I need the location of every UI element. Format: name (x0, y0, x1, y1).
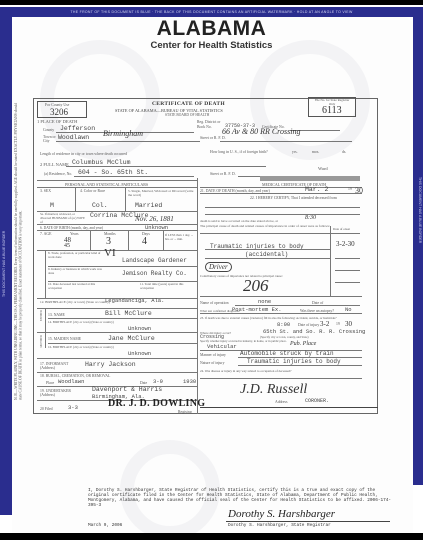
father-section-label: FATHER (39, 310, 43, 321)
row-rule (200, 193, 362, 194)
residence-street-label: Street or R. F. D. (210, 172, 236, 176)
informant-value: Harry Jackson (85, 361, 136, 368)
ds-label: ds. (342, 150, 346, 154)
date-of-death-value: Mar. 2 (305, 186, 328, 193)
occupation-mark: VI (104, 247, 116, 259)
age-label: 7. AGE (40, 232, 51, 236)
city-line (56, 141, 200, 142)
column-divider (75, 187, 76, 211)
security-band-right: THIS DOCUMENT HAS A BLUE BORDER (413, 7, 423, 485)
public-place-value: Vehicular (207, 343, 237, 350)
accident-time: 8:00 (277, 321, 290, 328)
column-divider (197, 178, 198, 414)
security-band-side-text-left: THIS DOCUMENT HAS A BLUE BORDER (2, 177, 10, 297)
occupation-label: 8. Trade, profession, or particular kind… (48, 252, 104, 260)
security-band-left: THIS DOCUMENT HAS A BLUE BORDER (0, 7, 12, 515)
age-years-alt: 45 (64, 243, 70, 249)
residence-line (74, 176, 194, 177)
blank-line (335, 270, 360, 271)
address-label: Address (275, 400, 287, 404)
father-birthplace-value: Unknown (128, 325, 151, 332)
column-divider (163, 230, 164, 250)
parent-divider (45, 308, 46, 348)
cause-secondary: (accidental) (245, 251, 288, 258)
column-divider (90, 230, 91, 250)
section-rule (37, 187, 197, 188)
full-name-line (66, 166, 266, 167)
column-divider (125, 187, 126, 211)
related-label: 24. Was disease or injury in any way rel… (200, 369, 291, 373)
county-value: Jefferson (60, 125, 95, 132)
full-name-value: Columbus McClum (72, 159, 131, 166)
county-label: County (43, 128, 54, 132)
street-label: Street or R. F. D. (200, 136, 226, 140)
filed-date: 3-3 (68, 404, 78, 411)
row-rule (200, 296, 362, 297)
street-handwritten: 66 Av & 80 RR Crossing (222, 127, 300, 136)
certification-date: March 9, 2006 (88, 523, 122, 528)
injury-date-label: Date of injury (298, 323, 319, 327)
mother-birthplace-label: 16. BIRTHPLACE (city or town) (State or … (48, 345, 114, 349)
driver-note: Driver (205, 262, 232, 272)
residence-label: (a) Residence, No. (44, 172, 72, 176)
coroner-signature: J.D. Russell (240, 382, 307, 398)
nature-value: Traumatic injuries to body (247, 358, 341, 365)
age-days: 4 (142, 236, 147, 247)
coroner-label: CORONER. (305, 398, 329, 404)
injury-date-value: 3-2 (320, 320, 329, 328)
reg-district-label: Reg. District or (197, 120, 221, 124)
security-band-top: THE FRONT OF THIS DOCUMENT IS BLUE · THE… (0, 7, 423, 17)
blank-line (200, 378, 362, 379)
blank-line (205, 258, 330, 259)
color-label: 4. Color or Race (80, 189, 105, 193)
yrs-label: yrs. (292, 150, 298, 154)
certificate-heading: CERTIFICATE OF DEATH (152, 101, 225, 107)
instructions-margin-note: N. B.—WRITE PLAINLY, WITH UNFADING INK—T… (14, 100, 32, 400)
marital-value: Married (135, 202, 162, 209)
injury-year-prefix: 19 (336, 322, 340, 326)
blank-line (205, 207, 360, 208)
registrar-signature: Dorothy S. Harshbarger (228, 508, 335, 520)
father-name-label: 13. NAME (48, 313, 65, 317)
city-handwritten: Birmingham (103, 129, 143, 138)
crossing-label: Crossing (200, 334, 224, 340)
operation-value: none (258, 298, 271, 305)
security-band-side-text-right: THIS DOCUMENT HAS A BLUE BORDER (414, 177, 422, 297)
burial-date-value: 3-9 (153, 378, 163, 385)
mother-section-label: MOTHER (39, 335, 43, 348)
blank-line (335, 258, 360, 259)
registrar-signature-line (226, 521, 390, 522)
years-label: Years (70, 232, 78, 236)
place-of-death-label: 1 PLACE OF DEATH (37, 119, 77, 124)
row-rule (37, 372, 197, 373)
city-value: Woodlawn (58, 134, 89, 141)
violence-label: 23. If death was due to external causes … (200, 316, 360, 320)
less-than-day-label: If LESS than 1 day, ... hrs. or ... min. (165, 233, 195, 241)
public-place-handwritten: Pub. Place (290, 341, 316, 347)
town-label: Town or City (43, 136, 57, 144)
blank-line (200, 313, 362, 314)
registrar-label: Registrar (178, 410, 192, 414)
test-value: Post-mortem Ex. (232, 306, 282, 313)
nature-label: Nature of injury (200, 361, 224, 365)
book-no-label: Book No. (197, 125, 212, 129)
scan-edge (0, 533, 423, 540)
total-years-label: 11. Total time (years) spent in this occ… (140, 283, 196, 291)
blank-line (48, 343, 197, 344)
death-time-value: 8:30 (305, 215, 316, 221)
certification-statement: I, Dorothy S. Harshbarger, State Registr… (88, 488, 398, 508)
industry-label: 9. Industry or business in which work wa… (48, 268, 104, 276)
security-band-text: THE FRONT OF THIS DOCUMENT IS BLUE · THE… (0, 7, 423, 17)
contributory-handwritten: 206 (243, 276, 269, 296)
registrar-title: Dorothy S. Harshbarger, State Registrar (228, 523, 331, 528)
mother-maiden-label: 15. MAIDEN NAME (48, 337, 81, 341)
birth-date-handwritten: Nov. 26, 1881 (135, 215, 174, 223)
file-number: 6113 (322, 105, 342, 116)
filed-label: 20 Filed (40, 407, 53, 411)
blank-line (48, 318, 197, 319)
mother-birthplace-value: Unknown (128, 350, 151, 357)
agency-subtitle: Center for Health Statistics (0, 40, 423, 51)
certify-label: 22. I HEREBY CERTIFY, That I attended de… (250, 196, 337, 200)
date-last-worked-label: 10. Date deceased last worked at this oc… (48, 283, 104, 291)
section-rule (37, 180, 197, 181)
mother-maiden-value: Jane McClure (108, 335, 155, 342)
registrar-stamp: DR. J. D. DOWLING (108, 398, 205, 409)
medical-heading-bar (260, 176, 360, 181)
residence-value: 604 - So. 65th St. (78, 169, 148, 176)
column-divider (330, 226, 331, 296)
burial-date-label: Date (140, 381, 147, 385)
age-months: 3 (106, 236, 111, 247)
manner-value: Automobile struck by train (240, 350, 334, 357)
injury-year-value: 30 (345, 320, 352, 328)
mos-label: mos. (312, 150, 319, 154)
birthplace-value: Legandanciga, Ala. (105, 297, 164, 304)
spouse-label: 5a. If married, widowed, or divorced HUS… (40, 213, 85, 224)
sex-label: 3. SEX (40, 189, 51, 193)
row-rule (37, 358, 197, 359)
undertaker-value: Davenport & Harris (92, 386, 162, 393)
father-name-value: Bill McClure (105, 310, 152, 317)
where-injury-value: 65th St. and So. R. R. Crossing (263, 328, 365, 335)
street-line (220, 141, 352, 142)
death-said-label: death is said to have occurred on the da… (200, 219, 278, 223)
row-rule (37, 332, 197, 333)
state-title: ALABAMA (0, 17, 423, 41)
section-rule (200, 187, 362, 188)
informant-label: 17. INFORMANT (Address) (40, 362, 80, 370)
row-rule (200, 233, 360, 234)
foreign-birth-label: How long in U. S., if of foreign birth? (210, 150, 268, 154)
onset-date: 3-2-30 (336, 240, 355, 248)
row-rule (37, 308, 197, 309)
ward-label: Ward (318, 166, 328, 171)
marital-label: 5. Single, Married, Widowed or Divorced … (128, 189, 194, 197)
occupation-divider (45, 250, 46, 298)
date-of-death-year-prefix: 19 (348, 187, 352, 191)
birthplace-label: 12. BIRTHPLACE (city or town) (State or … (40, 300, 110, 304)
sex-value: M (50, 202, 54, 209)
blank-line (205, 249, 330, 250)
burial-place-label: Place (46, 381, 54, 385)
onset-label: Date of onset (333, 227, 350, 231)
manner-label: Manner of injury (200, 353, 226, 357)
column-divider (128, 230, 129, 250)
blank-line (205, 214, 360, 215)
row-rule (37, 224, 197, 225)
blank-line (335, 282, 360, 283)
row-rule (37, 230, 197, 231)
board-name: STATE BOARD OF HEALTH (165, 113, 209, 117)
operation-label: Name of operation (200, 301, 228, 305)
blank-line (238, 365, 362, 366)
father-birthplace-label: 14. BIRTHPLACE (city or town) (State or … (48, 320, 114, 324)
signature-line (200, 407, 378, 408)
burial-year-value: 1930 (183, 378, 196, 385)
county-use-number: 3206 (50, 107, 68, 117)
industry-value: Jemison Realty Co. (122, 270, 187, 277)
color-value: Col. (92, 202, 108, 209)
undertaker-label: 19. UNDERTAKER (Address) (40, 389, 78, 397)
autopsy-value: No (345, 306, 352, 313)
full-name-label: 2 FULL NAME (40, 162, 69, 167)
burial-place-value: Woodlawn (58, 378, 84, 385)
residence-length-label: Length of residence in city or town wher… (40, 152, 127, 156)
occupation-value: Landscape Gardener (122, 257, 187, 264)
